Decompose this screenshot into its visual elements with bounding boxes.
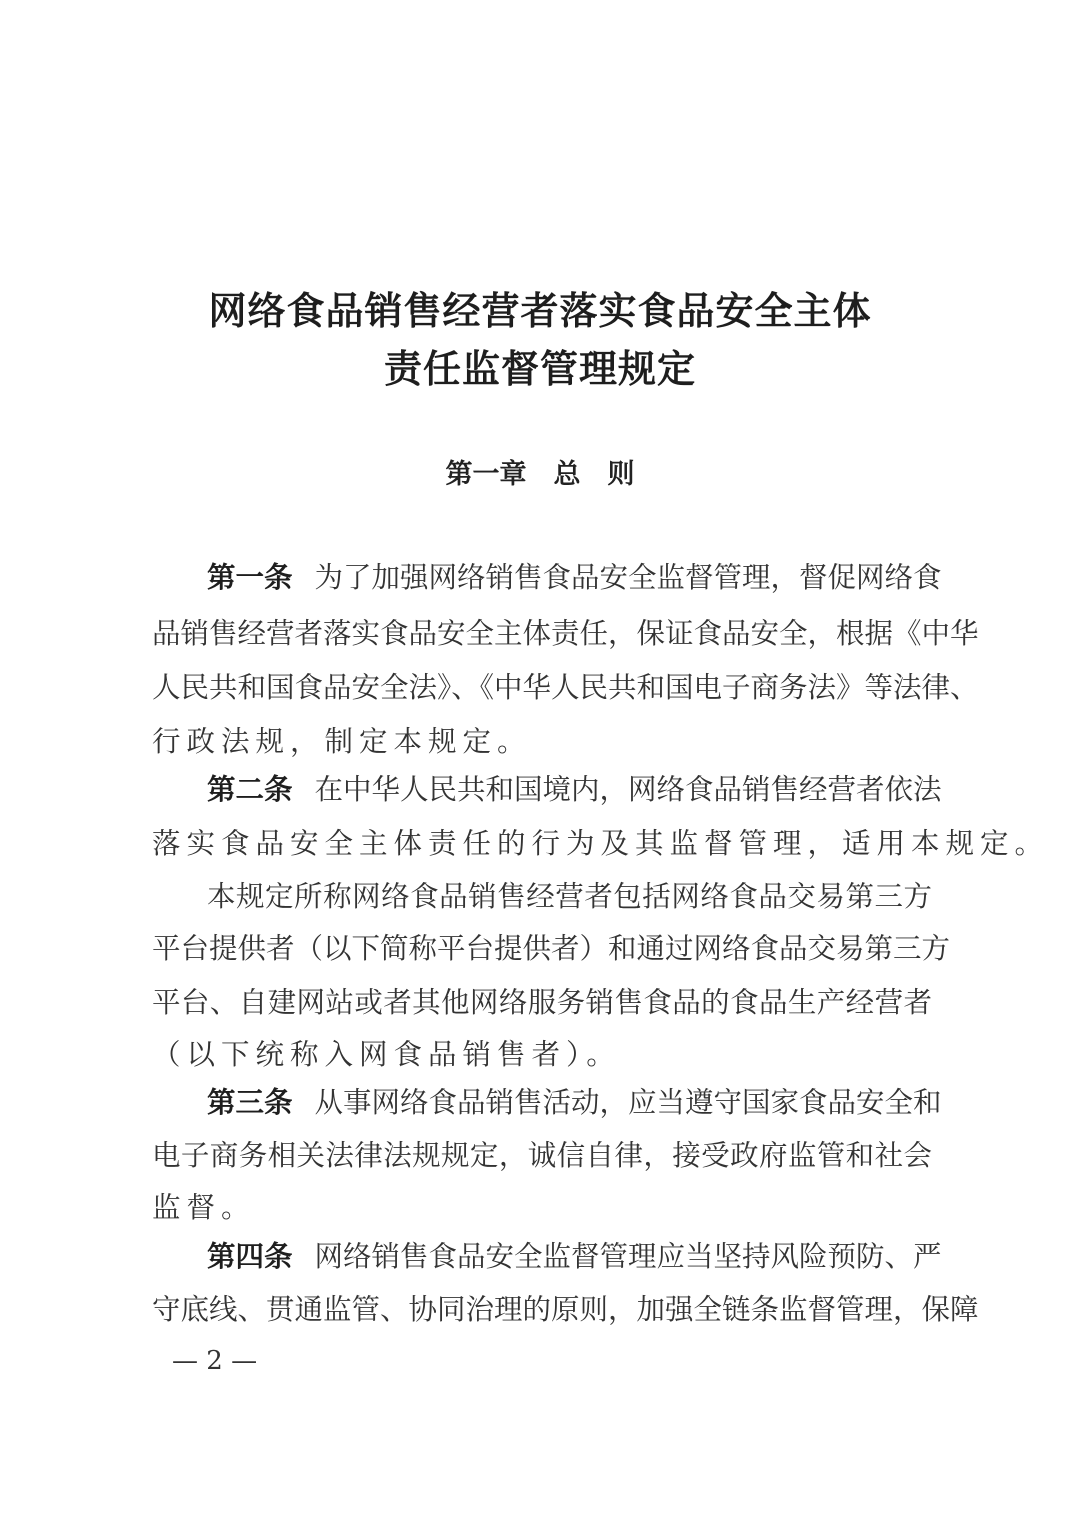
- article-2-label: 第二条: [207, 773, 293, 806]
- chapter-heading: 第一章 总 则: [0, 452, 1080, 491]
- document-title-line1: 网络食品销售经营者落实食品安全主体: [0, 280, 1080, 335]
- article-3-line-3: 监督。: [152, 1188, 932, 1228]
- article-2-line-1: 第二条在中华人民共和国境内，网络食品销售经营者依法: [207, 770, 932, 810]
- article-4-line-1: 第四条网络销售食品安全监督管理应当坚持风险预防、严: [207, 1237, 932, 1277]
- article-4-label: 第四条: [207, 1240, 293, 1273]
- article-3-line-2: 电子商务相关法律法规规定，诚信自律，接受政府监管和社会: [152, 1136, 932, 1176]
- page-number: — 2 —: [172, 1346, 257, 1376]
- article-1-line-1: 第一条为了加强网络销售食品安全监督管理，督促网络食: [207, 558, 932, 598]
- article-3-label: 第三条: [207, 1086, 293, 1119]
- article-2-line-2: 落实食品安全主体责任的行为及其监督管理，适用本规定。: [152, 824, 932, 864]
- article-3-line-1: 第三条从事网络食品销售活动，应当遵守国家食品安全和: [207, 1083, 932, 1123]
- article-2-para2-line-3: 平台、自建网站或者其他网络服务销售食品的食品生产经营者: [152, 983, 932, 1023]
- article-2-para2-line-4: （以下统称入网食品销售者）。: [152, 1035, 932, 1075]
- document-title-line2: 责任监督管理规定: [0, 338, 1080, 393]
- article-1-line-4: 行政法规，制定本规定。: [152, 722, 932, 762]
- article-1-label: 第一条: [207, 561, 293, 594]
- article-1-line-3: 人民共和国食品安全法》、《中华人民共和国电子商务法》等法律、: [152, 668, 932, 708]
- article-2-para2-line-1: 本规定所称网络食品销售经营者包括网络食品交易第三方: [207, 877, 932, 917]
- article-2-para2-line-2: 平台提供者（以下简称平台提供者）和通过网络食品交易第三方: [152, 929, 932, 969]
- article-1-line-2: 品销售经营者落实食品安全主体责任，保证食品安全，根据《中华: [152, 614, 932, 654]
- article-4-line-2: 守底线、贯通监管、协同治理的原则，加强全链条监督管理，保障: [152, 1290, 932, 1330]
